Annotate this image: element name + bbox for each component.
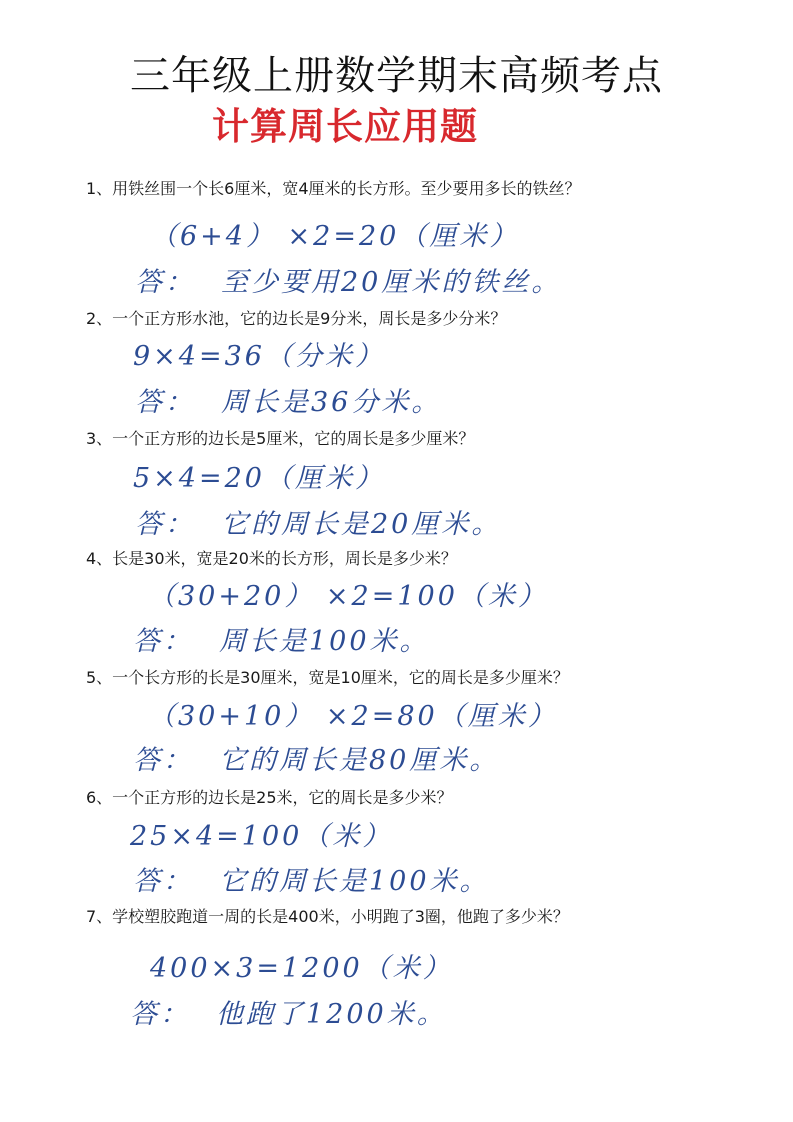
answer-text: 至少要用20厘米的铁丝。 [221, 267, 561, 298]
answer-label: 答： [135, 509, 195, 540]
page-title: 三年级上册数学期末高频考点 [0, 52, 793, 100]
answer-label: 答： [130, 999, 190, 1030]
question-text: 3、一个正方形的边长是5厘米，它的周长是多少厘米？ [86, 428, 474, 450]
answer-text: 周长是100米。 [219, 626, 430, 657]
answer-label: 答： [133, 866, 193, 897]
equation: 5×4=20（厘米） [133, 462, 385, 496]
question-text: 5、一个长方形的长是30厘米，宽是10厘米，它的周长是多少厘米？ [86, 667, 569, 689]
answer: 答：周长是36分米。 [135, 386, 441, 420]
answer: 答：至少要用20厘米的铁丝。 [135, 266, 561, 300]
question-text: 4、长是30米，宽是20米的长方形，周长是多少米？ [86, 548, 457, 570]
answer-text: 他跑了1200米。 [216, 999, 447, 1030]
answer-text: 周长是36分米。 [221, 387, 441, 418]
answer-text: 它的周长是100米。 [219, 866, 490, 897]
question-text: 7、学校塑胶跑道一周的长是400米，小明跑了3圈，他跑了多少米？ [86, 906, 569, 928]
answer: 答：他跑了1200米。 [130, 998, 447, 1032]
question-text: 6、一个正方形的边长是25米，它的周长是多少米？ [86, 787, 453, 809]
equation: （6+4） ×2=20（厘米） [150, 220, 519, 254]
equation: 9×4=36（分米） [133, 340, 385, 374]
answer-label: 答： [133, 745, 193, 776]
answer-label: 答： [135, 267, 195, 298]
answer: 答：周长是100米。 [133, 625, 430, 659]
answer: 答：它的周长是80厘米。 [133, 744, 499, 778]
answer-text: 它的周长是20厘米。 [221, 509, 501, 540]
answer: 答：它的周长是20厘米。 [135, 508, 501, 542]
answer-label: 答： [135, 387, 195, 418]
equation: （30+20） ×2=100（米） [148, 580, 548, 614]
question-text: 2、一个正方形水池，它的边长是9分米，周长是多少分米？ [86, 308, 506, 330]
page-subtitle: 计算周长应用题 [212, 104, 478, 150]
equation: 25×4=100（米） [130, 820, 392, 854]
answer: 答：它的周长是100米。 [133, 865, 490, 899]
answer-text: 它的周长是80厘米。 [219, 745, 499, 776]
equation: 400×3=1200（米） [150, 952, 453, 986]
answer-label: 答： [133, 626, 193, 657]
question-text: 1、用铁丝围一个长6厘米，宽4厘米的长方形。至少要用多长的铁丝？ [86, 178, 581, 200]
equation: （30+10） ×2=80（厘米） [148, 700, 558, 734]
